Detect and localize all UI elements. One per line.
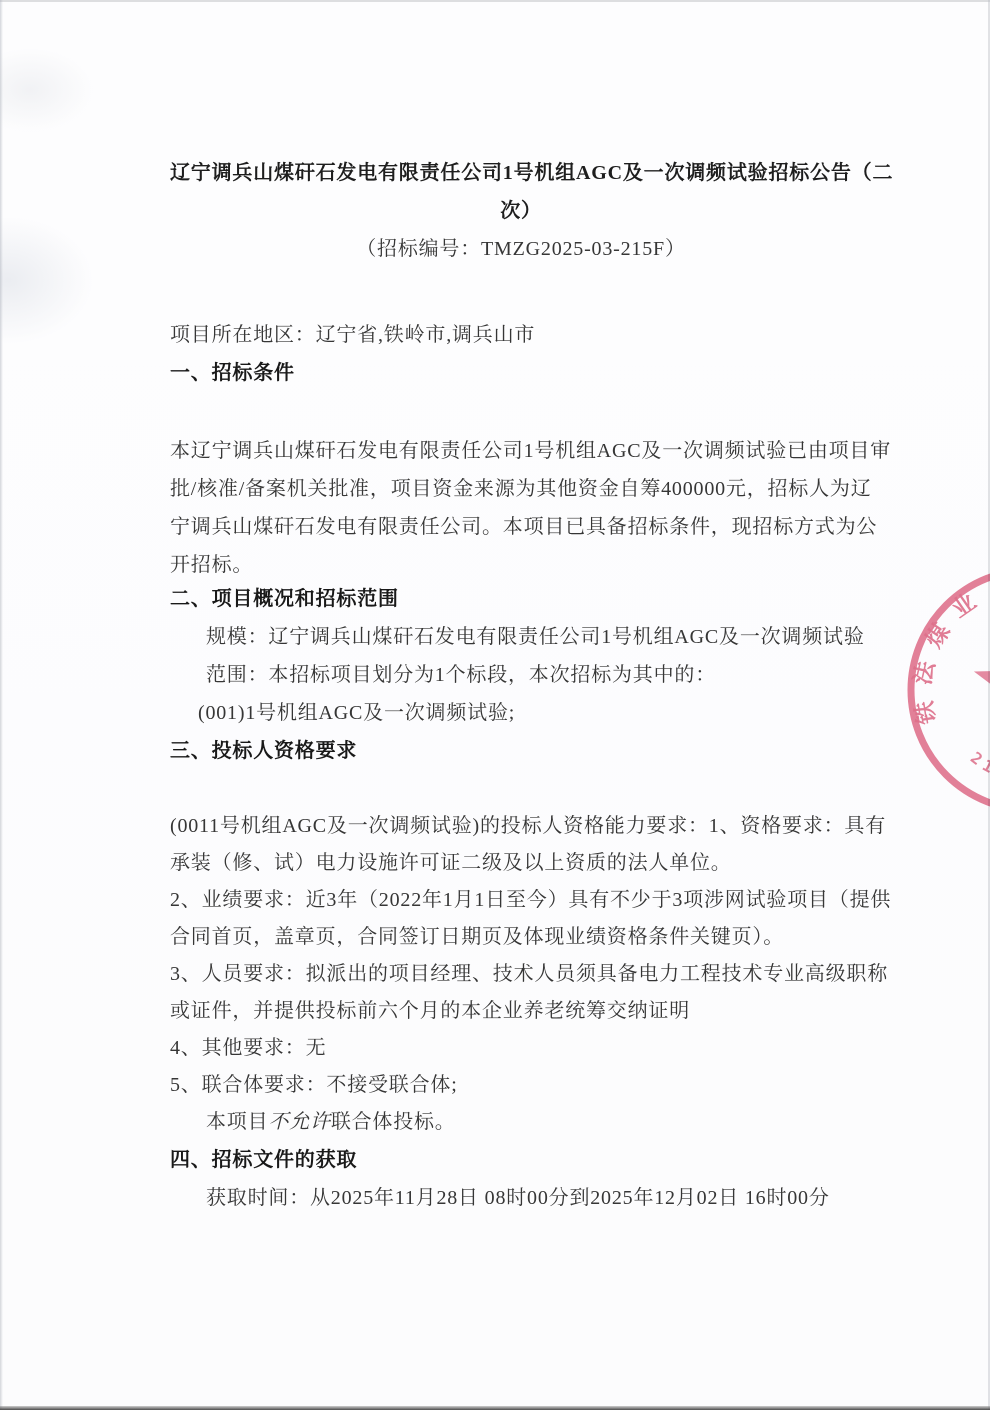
performance-requirement-line: 2、业绩要求：近3年（2022年1月1日至今）具有不少于3项涉网试验项目（提供	[170, 882, 872, 919]
personnel-requirement-line: 或证件，并提供投标前六个月的本企业养老统筹交纳证明	[170, 993, 872, 1030]
consortium-note: 本项目不允许联合体投标。	[170, 1104, 872, 1141]
qualification-line: 承装（修、试）电力设施许可证二级及以上资质的法人单位。	[170, 845, 872, 882]
document-title-line-2: 次）	[170, 192, 872, 230]
tender-number: （招标编号：TMZG2025-03-215F）	[170, 230, 872, 268]
consortium-note-emphasis: 不允许	[268, 1111, 330, 1133]
consortium-note-prefix: 本项目	[206, 1111, 268, 1133]
section-4-heading: 四、招标文件的获取	[170, 1141, 872, 1179]
seal-serial-number: 21128100	[967, 748, 990, 787]
document-content: 辽宁调兵山煤矸石发电有限责任公司1号机组AGC及一次调频试验招标公告（二 次） …	[170, 154, 872, 1217]
lot-001: (001)1号机组AGC及一次调频试验;	[170, 694, 872, 732]
performance-requirement-line: 合同首页，盖章页，合同签订日期页及体现业绩资格条件关键页）。	[170, 919, 872, 956]
project-location: 项目所在地区：辽宁省,铁岭市,调兵山市	[170, 316, 872, 354]
other-requirement-line: 4、其他要求：无	[170, 1030, 872, 1067]
consortium-requirement-line: 5、联合体要求：不接受联合体;	[170, 1067, 872, 1104]
consortium-note-suffix: 联合体投标。	[331, 1111, 456, 1133]
section-2-heading: 二、项目概况和招标范围	[170, 580, 872, 618]
personnel-requirement-line: 3、人员要求：拟派出的项目经理、技术人员须具备电力工程技术专业高级职称	[170, 956, 872, 993]
document-obtain-time: 获取时间：从2025年11月28日 08时00分到2025年12月02日 16时…	[170, 1179, 872, 1217]
document-title-line-1: 辽宁调兵山煤矸石发电有限责任公司1号机组AGC及一次调频试验招标公告（二	[170, 154, 872, 192]
section-1-paragraph-line: 宁调兵山煤矸石发电有限责任公司。本项目已具备招标条件，现招标方式为公	[170, 508, 872, 546]
section-1-paragraph-line: 开招标。	[170, 546, 872, 584]
document-page: 辽宁调兵山煤矸石发电有限责任公司1号机组AGC及一次调频试验招标公告（二 次） …	[0, 0, 990, 1410]
svg-text:21128100: 21128100	[967, 748, 990, 787]
scan-edge-top	[0, 0, 990, 2]
qualification-line: (0011号机组AGC及一次调频试验)的投标人资格能力要求：1、资格要求：具有	[170, 808, 872, 845]
seal-star-icon	[974, 630, 990, 739]
project-scope: 范围：本招标项目划分为1个标段，本次招标为其中的：	[170, 656, 872, 694]
scan-edge-left	[0, 0, 3, 1410]
section-1-paragraph-line: 批/核准/备案机关批准，项目资金来源为其他资金自筹400000元，招标人为辽	[170, 470, 872, 508]
section-3-heading: 三、投标人资格要求	[170, 732, 872, 770]
company-seal: 铁法煤业（集团）有限责任公司 21128100	[850, 540, 990, 840]
project-scale: 规模：辽宁调兵山煤矸石发电有限责任公司1号机组AGC及一次调频试验	[170, 618, 872, 656]
section-1-heading: 一、招标条件	[170, 354, 872, 392]
scan-edge-bottom	[0, 1406, 990, 1410]
section-1-paragraph-line: 本辽宁调兵山煤矸石发电有限责任公司1号机组AGC及一次调频试验已由项目审	[170, 432, 872, 470]
